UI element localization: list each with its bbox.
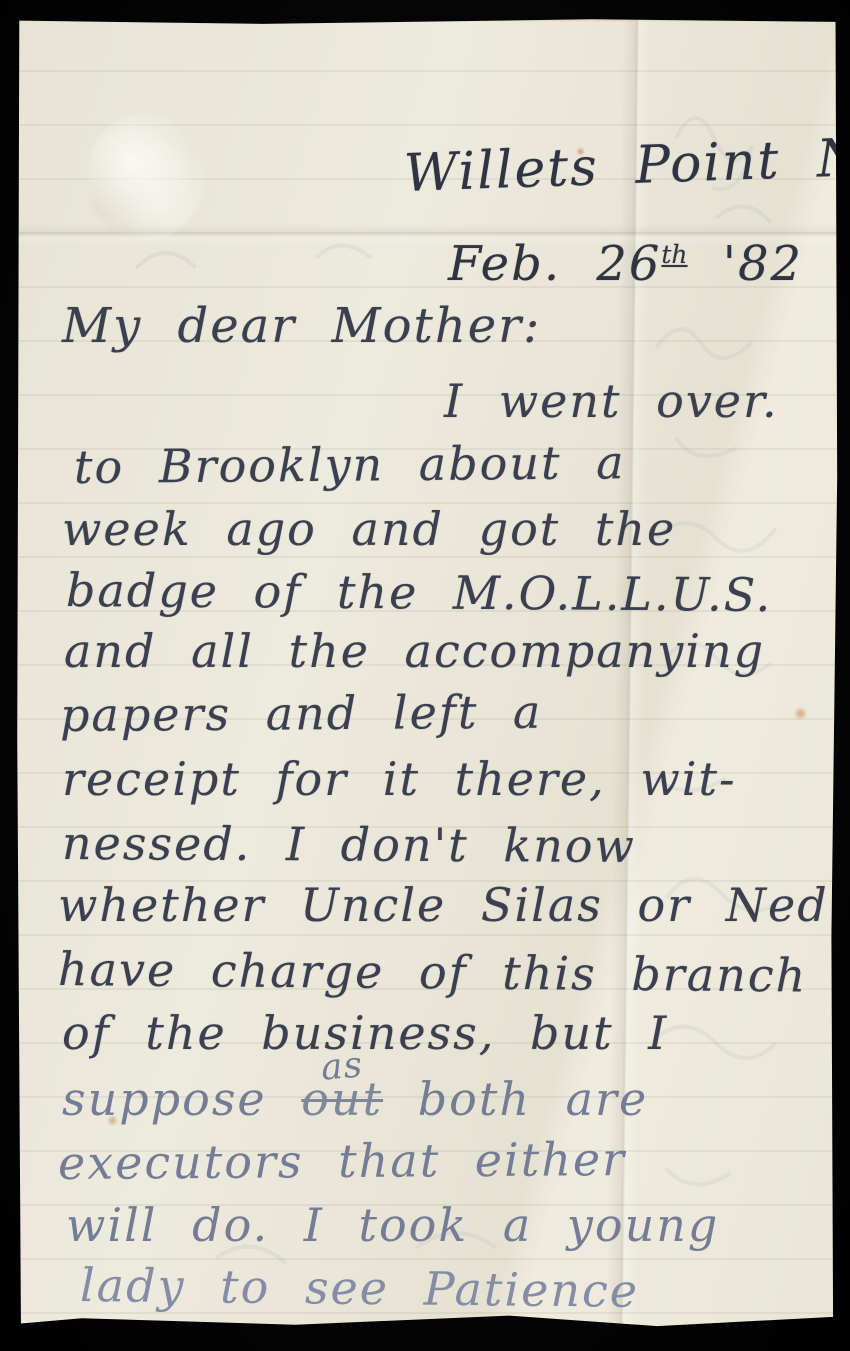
photo-background: Willets Point N.Y. Feb. 26th '82 My dear…: [0, 0, 850, 1351]
letter-line: of the business, but I: [62, 1006, 668, 1060]
date-year: '82: [723, 236, 803, 292]
letter-line: week ago and got the: [62, 502, 676, 556]
dateline-date: Feb. 26th '82: [448, 236, 803, 292]
letter-page: Willets Point N.Y. Feb. 26th '82 My dear…: [16, 18, 838, 1330]
correction-group: outas: [301, 1072, 383, 1126]
letter-line: and all the accompanying: [64, 624, 765, 678]
letter-line: to Brooklyn about a: [74, 435, 626, 494]
opening-indent-line: I went over.: [444, 374, 779, 428]
letter-line: whether Uncle Silas or Ned: [58, 878, 829, 932]
date-prefix: Feb. 26: [448, 236, 661, 292]
stain-spot: [795, 708, 806, 719]
correction-after: both are: [418, 1072, 649, 1126]
letter-line: have charge of this branch: [58, 942, 808, 1003]
letter-line: lady to see Patience: [80, 1258, 640, 1318]
letter-line: nessed. I don't know: [62, 816, 636, 873]
letter-line: papers and left a: [60, 685, 543, 742]
salutation: My dear Mother:: [62, 298, 541, 354]
letter-line: badge of the M.O.L.L.U.S.: [66, 563, 773, 622]
correction-line: suppose outas both are: [62, 1072, 648, 1126]
letter-line: will do. I took a young: [66, 1198, 719, 1252]
letter-line: executors that either: [58, 1132, 626, 1190]
inserted-word: as: [320, 1044, 365, 1088]
embossed-seal: [86, 113, 204, 241]
date-ordinal: th: [661, 240, 687, 269]
correction-before: suppose: [62, 1072, 267, 1126]
letter-line: receipt for it there, wit-: [62, 752, 737, 806]
dateline-place: Willets Point N.Y.: [403, 126, 850, 204]
